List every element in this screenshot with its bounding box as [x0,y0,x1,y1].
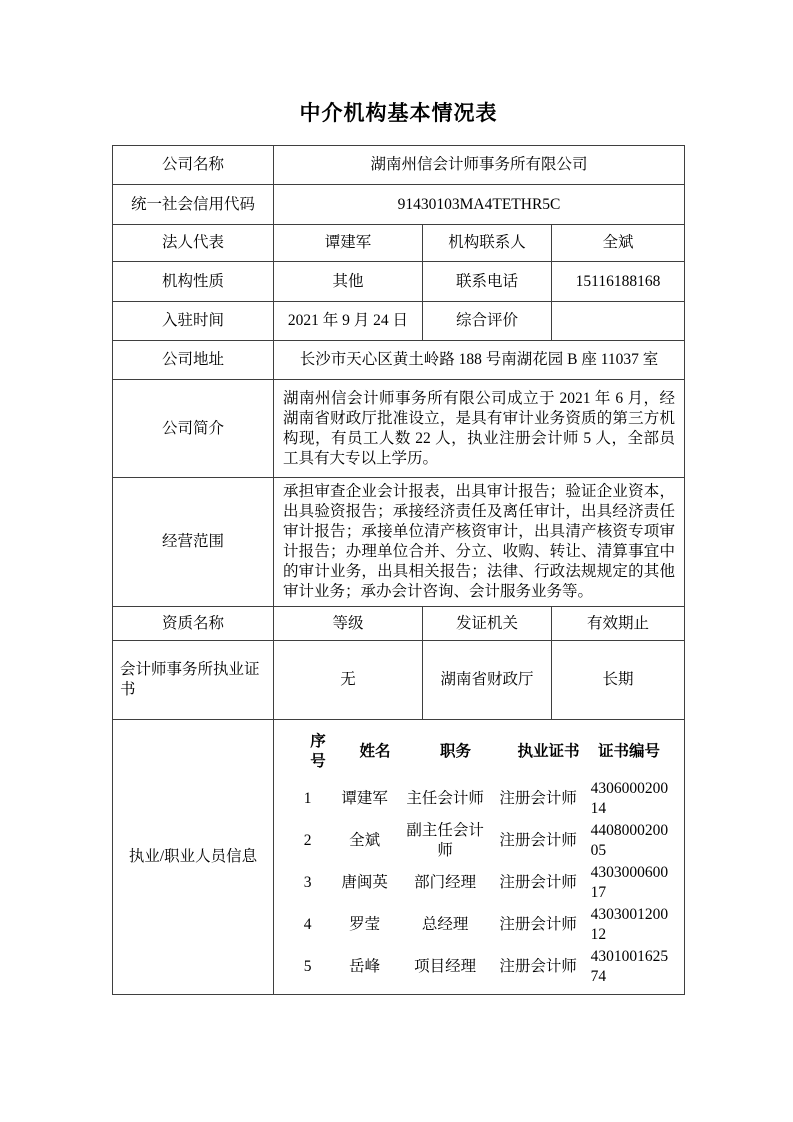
row-qualification-header: 资质名称 等级 发证机关 有效期止 [113,606,684,640]
contact-phone-label: 联系电话 [422,262,551,301]
personnel-seq: 4 [286,904,330,946]
personnel-name: 全斌 [330,820,400,862]
personnel-row: 2 全斌 副主任会计师 注册会计师 440800020005 [286,820,673,862]
document-page: 中介机构基本情况表 公司名称 湖南州信会计师事务所有限公司 统一社会信用代码 9… [0,0,793,1122]
row-company-address: 公司地址 长沙市天心区黄土岭路 188 号南湖花园 B 座 11037 室 [113,340,684,379]
org-nature-label: 机构性质 [113,262,273,301]
personnel-title: 项目经理 [400,946,491,988]
business-scope-label: 经营范围 [113,478,273,606]
qualification-name-header: 资质名称 [113,607,273,640]
qualification-valid-until: 长期 [551,641,684,719]
personnel-seq: 3 [286,862,330,904]
legal-rep-label: 法人代表 [113,225,273,261]
personnel-title: 副主任会计师 [400,820,491,862]
row-business-scope: 经营范围 承担审查企业会计报表，出具审计报告；验证企业资本，出具验资报告；承接经… [113,477,684,606]
personnel-col-title: 职务 [410,726,501,778]
personnel-cert-type: 注册会计师 [491,820,586,862]
personnel-cert-type: 注册会计师 [491,862,586,904]
info-table: 公司名称 湖南州信会计师事务所有限公司 统一社会信用代码 91430103MA4… [112,145,685,995]
company-address-value: 长沙市天心区黄土岭路 188 号南湖花园 B 座 11037 室 [273,341,684,379]
personnel-row: 3 唐闽英 部门经理 注册会计师 430300060017 [286,862,673,904]
personnel-col-seq: 序号 [296,726,340,778]
company-address-label: 公司地址 [113,341,273,379]
personnel-cert-number: 430600020014 [586,778,673,820]
row-org-nature: 机构性质 其他 联系电话 15116188168 [113,261,684,301]
company-profile-label: 公司简介 [113,380,273,477]
personnel-cert-type: 注册会计师 [491,778,586,820]
business-scope-value: 承担审查企业会计报表，出具审计报告；验证企业资本，出具验资报告；承接经济责任及离… [273,478,684,606]
document-body: 中介机构基本情况表 公司名称 湖南州信会计师事务所有限公司 统一社会信用代码 9… [112,0,685,995]
personnel-row: 4 罗莹 总经理 注册会计师 430300120012 [286,904,673,946]
personnel-cert-number: 440800020005 [586,820,673,862]
personnel-seq: 5 [286,946,330,988]
contact-phone-value: 15116188168 [551,262,684,301]
personnel-label: 执业/职业人员信息 [113,720,273,994]
overall-rating-label: 综合评价 [422,302,551,340]
personnel-row: 1 谭建军 主任会计师 注册会计师 430600020014 [286,778,673,820]
row-qualification: 会计师事务所执业证书 无 湖南省财政厅 长期 [113,640,684,719]
company-profile-value: 湖南州信会计师事务所有限公司成立于 2021 年 6 月，经湖南省财政厅批准设立… [273,380,684,477]
qualification-issuer: 湖南省财政厅 [422,641,551,719]
qualification-valid-until-header: 有效期止 [551,607,684,640]
overall-rating-value [551,302,684,340]
personnel-seq: 2 [286,820,330,862]
personnel-cert-number: 430100162574 [586,946,673,988]
personnel-header-row: 序号 姓名 职务 执业证书 证书编号 [296,726,662,778]
org-nature-value: 其他 [273,262,422,301]
row-credit-code: 统一社会信用代码 91430103MA4TETHR5C [113,184,684,224]
personnel-title: 部门经理 [400,862,491,904]
personnel-title: 总经理 [400,904,491,946]
company-name-value: 湖南州信会计师事务所有限公司 [273,146,684,184]
entry-date-label: 入驻时间 [113,302,273,340]
row-entry-date: 入驻时间 2021 年 9 月 24 日 综合评价 [113,301,684,340]
personnel-col-name: 姓名 [340,726,410,778]
personnel-name: 罗莹 [330,904,400,946]
personnel-seq: 1 [286,778,330,820]
row-legal-rep: 法人代表 谭建军 机构联系人 全斌 [113,224,684,261]
personnel-name: 唐闽英 [330,862,400,904]
personnel-cert-number: 430300060017 [586,862,673,904]
company-name-label: 公司名称 [113,146,273,184]
org-contact-label: 机构联系人 [422,225,551,261]
row-company-profile: 公司简介 湖南州信会计师事务所有限公司成立于 2021 年 6 月，经湖南省财政… [113,379,684,477]
qualification-level-header: 等级 [273,607,422,640]
personnel-name: 谭建军 [330,778,400,820]
row-company-name: 公司名称 湖南州信会计师事务所有限公司 [113,146,684,184]
personnel-row: 5 岳峰 项目经理 注册会计师 430100162574 [286,946,673,988]
credit-code-value: 91430103MA4TETHR5C [273,185,684,224]
personnel-table: 序号 姓名 职务 执业证书 证书编号 1 谭建军 主任会计师 注册会计师 430… [273,720,684,994]
qualification-name: 会计师事务所执业证书 [113,641,273,719]
personnel-cert-type: 注册会计师 [491,946,586,988]
page-title: 中介机构基本情况表 [112,100,685,127]
personnel-col-cert-type: 执业证书 [501,726,596,778]
org-contact-value: 全斌 [551,225,684,261]
credit-code-label: 统一社会信用代码 [113,185,273,224]
personnel-col-cert-number: 证书编号 [596,726,662,778]
row-personnel: 执业/职业人员信息 序号 姓名 职务 执业证书 证书编号 1 谭建军 主任会计师… [113,719,684,994]
qualification-issuer-header: 发证机关 [422,607,551,640]
personnel-name: 岳峰 [330,946,400,988]
personnel-cert-number: 430300120012 [586,904,673,946]
personnel-title: 主任会计师 [400,778,491,820]
personnel-cert-type: 注册会计师 [491,904,586,946]
entry-date-value: 2021 年 9 月 24 日 [273,302,422,340]
legal-rep-value: 谭建军 [273,225,422,261]
qualification-level: 无 [273,641,422,719]
